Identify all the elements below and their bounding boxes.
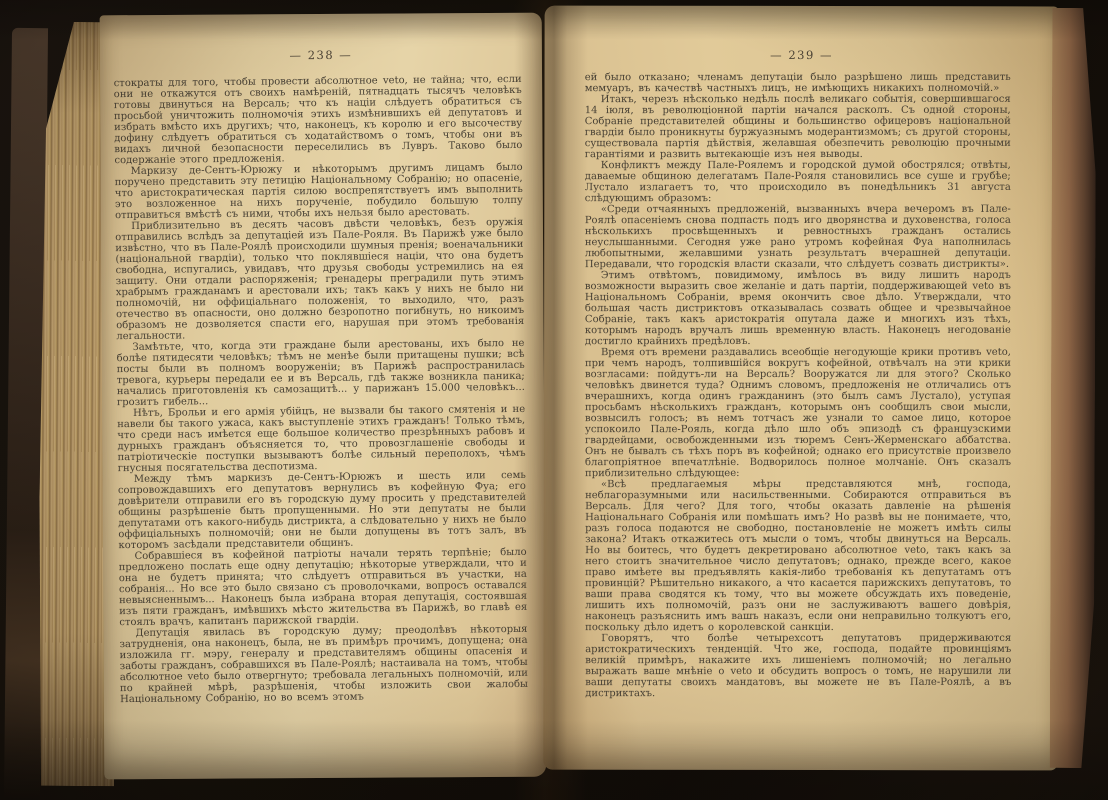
paragraph: Конфликтъ между Пале-Роялемъ и городской… [585, 160, 1011, 204]
paragraph: Этимъ отвѣтомъ, повидимому, имѣлось въ в… [585, 270, 1011, 347]
page-edges-right [1050, 8, 1097, 768]
paragraph: Депутація явилась въ городскую думу; пре… [119, 624, 528, 705]
paragraph: Время отъ времени раздавались всеобщіе н… [585, 347, 1011, 479]
left-page: — 238 — стократы для того, чтобы провест… [100, 13, 547, 780]
book-photo: — 238 — стократы для того, чтобы провест… [0, 0, 1108, 800]
paragraph: Говорятъ, что болѣе четырехсотъ депутато… [585, 633, 1011, 699]
paragraph: Приблизительно въ десять часовъ двѣсти ч… [115, 217, 524, 342]
paragraph: «Среди отчаянныхъ предложеній, вызванных… [585, 204, 1011, 270]
paragraph: Между тѣмъ маркизъ де-Сентъ-Юрюжъ и шест… [118, 470, 527, 551]
paragraph: Собравшіеся въ кофейной патріоты начали … [119, 547, 528, 628]
right-page: — 239 — ей было отказано; членамъ депута… [543, 6, 1058, 771]
paragraph: Маркизу де-Сентъ-Юрюжу и нѣкоторымъ друг… [115, 162, 524, 221]
paragraph: Нѣтъ, Брольи и его армія убійцъ, не вызв… [117, 404, 526, 474]
page-number-left: — 238 — [100, 47, 542, 64]
paragraph: Замѣтьте, что, когда эти граждане были а… [116, 338, 525, 408]
paragraph: стократы для того, чтобы провести абсолю… [114, 74, 523, 166]
paragraph: Итакъ, черезъ нѣсколько недѣль послѣ вел… [585, 94, 1011, 160]
page-number-right: — 239 — [545, 48, 1059, 63]
left-page-text: стократы для того, чтобы провести абсолю… [114, 74, 529, 740]
paragraph: «Всѣ предлагаемыя мѣры представляются мн… [585, 479, 1011, 633]
paragraph: ей было отказано; членамъ депутаціи было… [585, 72, 1011, 94]
right-page-text: ей было отказано; членамъ депутаціи было… [585, 72, 1012, 724]
